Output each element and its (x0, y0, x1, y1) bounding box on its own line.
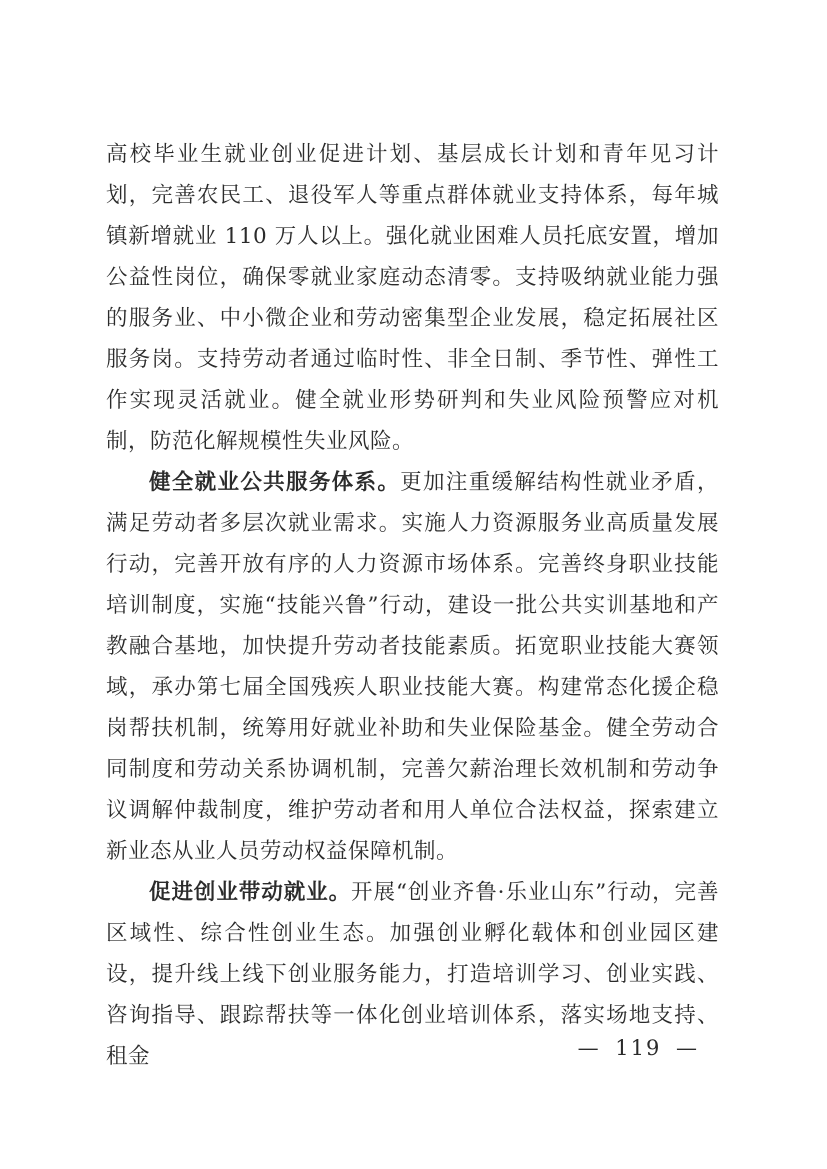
paragraph-continuation-text: 高校毕业生就业创业促进计划、基层成长计划和青年见习计划，完善农民工、退役军人等重… (106, 142, 719, 454)
paragraph-continuation: 高校毕业生就业创业促进计划、基层成长计划和青年见习计划，完善农民工、退役军人等重… (106, 134, 719, 462)
paragraph-employment-services: 健全就业公共服务体系。更加注重缓解结构性就业矛盾，满足劳动者多层次就业需求。实施… (106, 462, 719, 872)
paragraph-employment-services-text: 更加注重缓解结构性就业矛盾，满足劳动者多层次就业需求。实施人力资源服务业高质量发… (106, 470, 719, 864)
document-body: 高校毕业生就业创业促进计划、基层成长计划和青年见习计划，完善农民工、退役军人等重… (106, 134, 719, 1077)
paragraph-entrepreneurship-lead: 促进创业带动就业。 (149, 880, 351, 905)
page-number: — 119 — (578, 1036, 699, 1060)
document-page: 高校毕业生就业创业促进计划、基层成长计划和青年见习计划，完善农民工、退役军人等重… (0, 0, 827, 1169)
paragraph-employment-services-lead: 健全就业公共服务体系。 (149, 470, 400, 495)
